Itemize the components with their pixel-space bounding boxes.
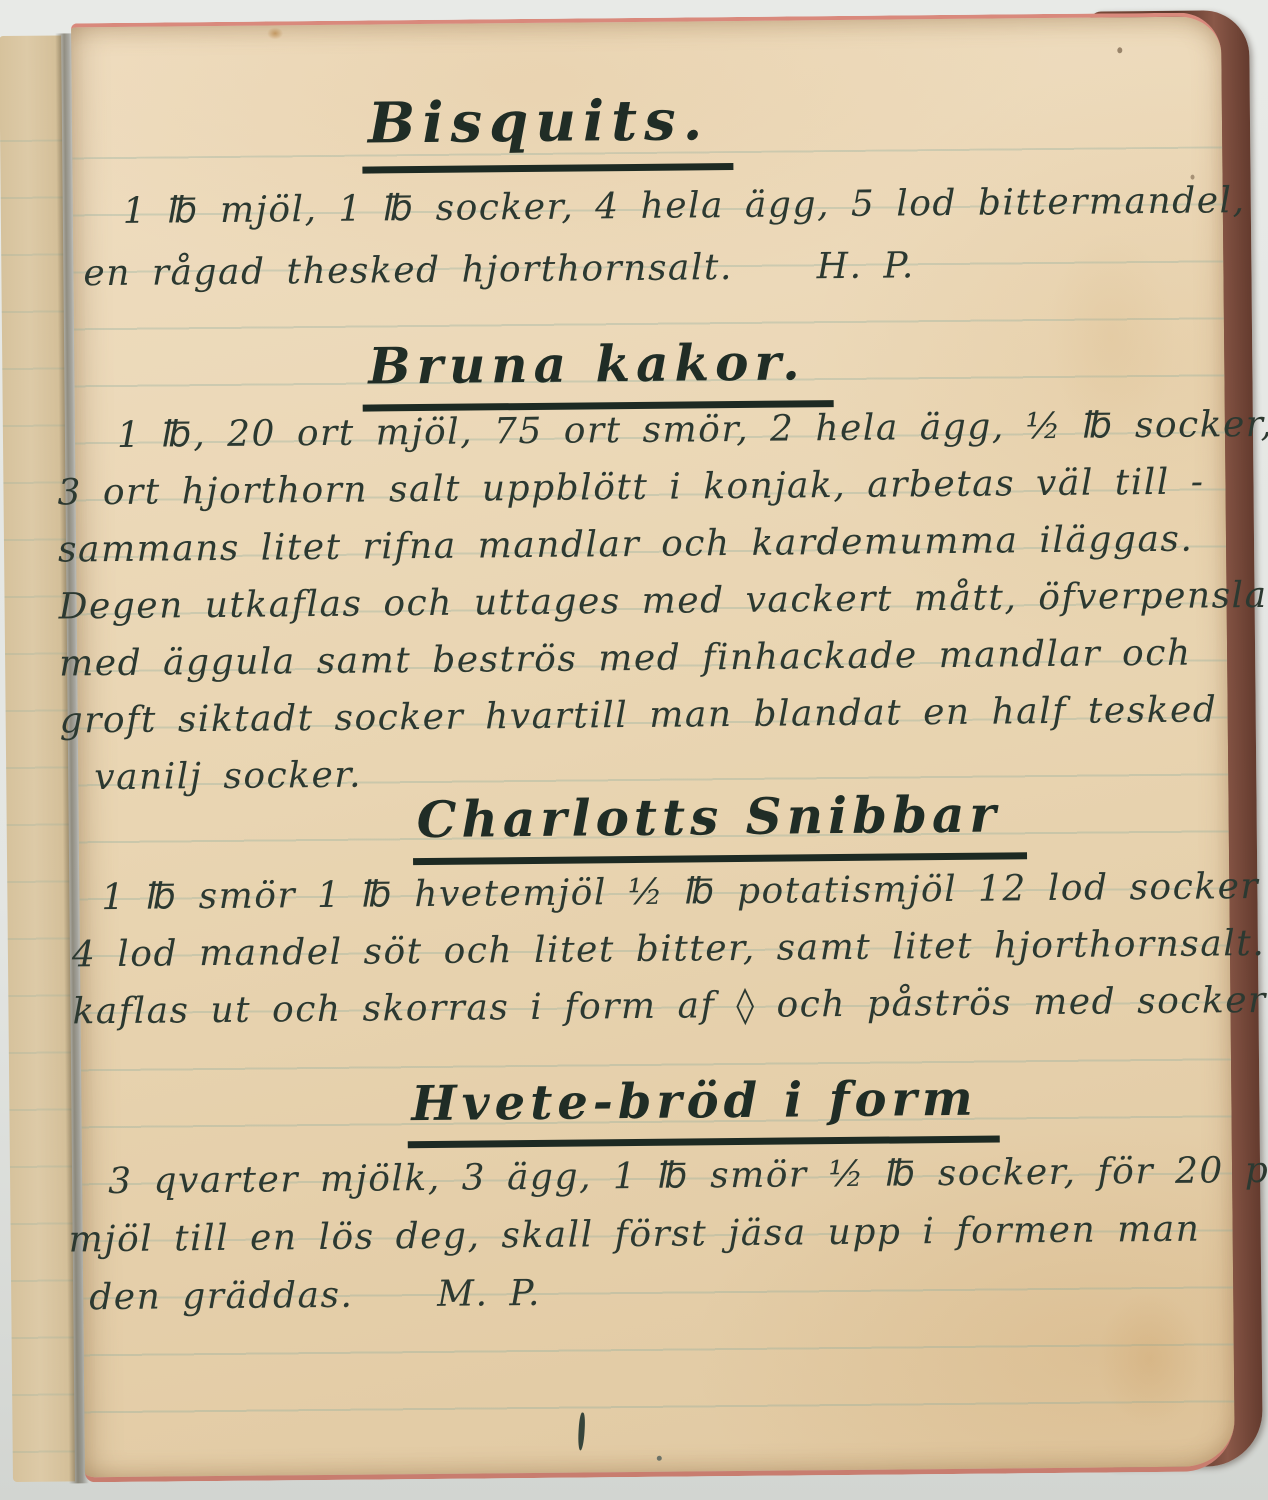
- recipe-title-hvetebrod-i-form: Hvete-bröd i form: [407, 1071, 1000, 1149]
- handwritten-content: Bisquits. 1 ℔ mjöl, 1 ℔ socker, 4 hela ä…: [0, 0, 1268, 1500]
- photo-background: Bisquits. 1 ℔ mjöl, 1 ℔ socker, 4 hela ä…: [0, 0, 1268, 1500]
- recipe-title-bisquits: Bisquits.: [362, 87, 734, 174]
- recipe-line: den gräddas. M. P.: [69, 1257, 1268, 1328]
- recipe-body-bisquits: 1 ℔ mjöl, 1 ℔ socker, 4 hela ägg, 5 lod …: [83, 170, 1247, 305]
- recipe-body-bruna-kakor: 1 ℔, 20 ort mjöl, 75 ort smör, 2 hela äg…: [57, 396, 1268, 807]
- recipe-title-charlotts-snibbar: Charlotts Snibbar: [412, 784, 1027, 865]
- recipe-line: mjöl till en lös deg, skall först jäsa u…: [68, 1199, 1268, 1270]
- ink-speck: [657, 1456, 662, 1461]
- recipe-line: kaflas ut och skorras i form af ◊ och på…: [72, 971, 1268, 1040]
- recipe-body-hvetebrod-i-form: 3 qvarter mjölk, 3 ägg, 1 ℔ smör ½ ℔ soc…: [68, 1141, 1268, 1328]
- recipe-body-charlotts-snibbar: 1 ℔ smör 1 ℔ hvetemjöl ½ ℔ potatismjöl 1…: [71, 857, 1268, 1040]
- recipe-line: 1 ℔ mjöl, 1 ℔ socker, 4 hela ägg, 5 lod …: [83, 170, 1246, 243]
- recipe-title-bruna-kakor: Bruna kakor.: [362, 332, 834, 412]
- recipe-line: en rågad thesked hjorthornsalt. H. P.: [83, 232, 1246, 305]
- recipe-line: groft siktadt socker hvartill man blanda…: [59, 681, 1268, 750]
- recipe-notebook: Bisquits. 1 ℔ mjöl, 1 ℔ socker, 4 hela ä…: [0, 0, 1268, 1500]
- ink-mark: [577, 1412, 585, 1450]
